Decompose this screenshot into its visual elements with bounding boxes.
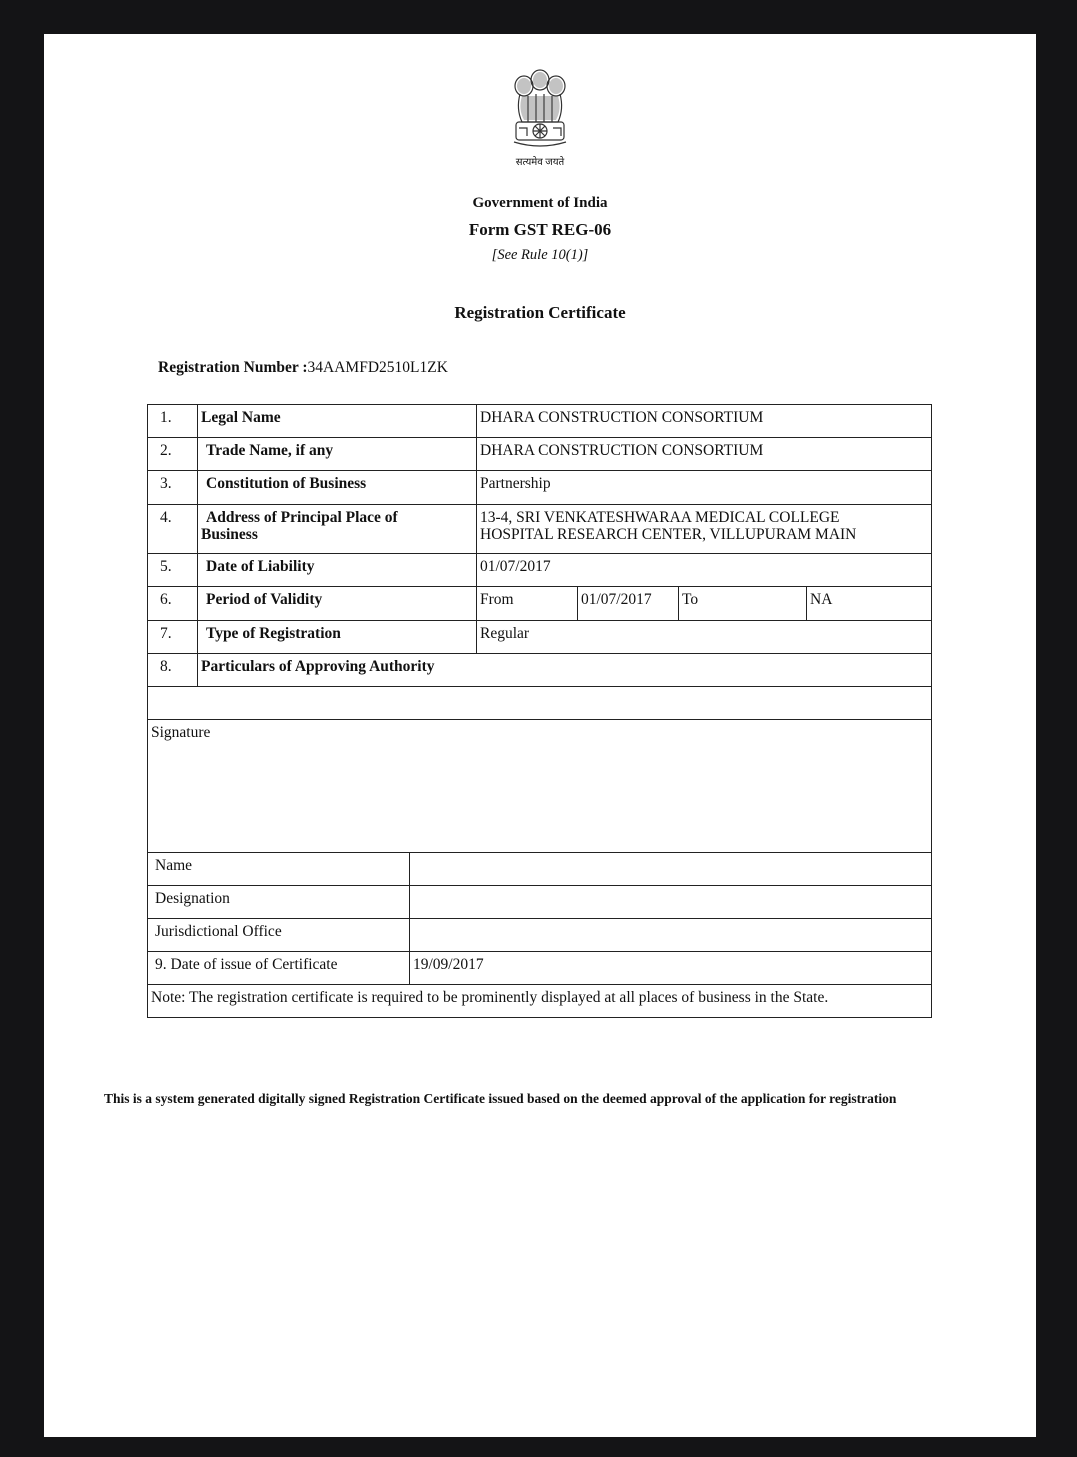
address-value: 13-4, SRI VENKATESHWARAA MEDICAL COLLEGE… [476, 504, 932, 554]
constitution-value: Partnership [476, 470, 932, 505]
authority-designation-value [409, 885, 932, 919]
registration-number-value: 34AAMFD2510L1ZK [308, 359, 448, 376]
approving-authority-label: Particulars of Approving Authority [197, 653, 932, 687]
signature-box: Signature [147, 719, 932, 853]
address-label-line1: Address of Principal Place of [201, 509, 473, 526]
date-of-liability-value: 01/07/2017 [476, 553, 932, 587]
row-number: 2. [147, 437, 198, 471]
type-of-registration-value: Regular [476, 620, 932, 654]
type-of-registration-label: Type of Registration [197, 620, 477, 654]
page-title: Registration Certificate [44, 303, 1036, 323]
address-value-line1: 13-4, SRI VENKATESHWARAA MEDICAL COLLEGE [480, 509, 928, 526]
row-number: 1. [147, 404, 198, 438]
rule-reference: [See Rule 10(1)] [44, 247, 1036, 264]
constitution-label: Constitution of Business [197, 470, 477, 505]
row-number: 8. [147, 653, 198, 687]
row-number: 7. [147, 620, 198, 654]
form-heading: Form GST REG-06 [44, 220, 1036, 240]
row-number: 4. [147, 504, 198, 554]
date-of-issue-label: 9. Date of issue of Certificate [147, 951, 410, 985]
row-number: 6. [147, 586, 198, 621]
national-emblem-icon [506, 64, 574, 156]
emblem-motto: सत्यमेव जयते [44, 154, 1036, 168]
registration-number-label: Registration Number : [158, 359, 308, 376]
address-label-line2: Business [201, 526, 473, 543]
row-number: 3. [147, 470, 198, 505]
system-generated-note: This is a system generated digitally sig… [104, 1088, 924, 1110]
authority-designation-label: Designation [147, 885, 410, 919]
legal-name-value: DHARA CONSTRUCTION CONSORTIUM [476, 404, 932, 438]
validity-to-value: NA [806, 586, 932, 621]
validity-from-label: From [476, 586, 578, 621]
government-heading: Government of India [44, 195, 1036, 212]
trade-name-label: Trade Name, if any [197, 437, 477, 471]
empty-row [147, 686, 932, 720]
address-value-line2: HOSPITAL RESEARCH CENTER, VILLUPURAM MAI… [480, 526, 928, 543]
row-number: 5. [147, 553, 198, 587]
certificate-page: सत्यमेव जयते Government of India Form GS… [44, 34, 1036, 1437]
authority-name-label: Name [147, 852, 410, 886]
validity-to-label: To [678, 586, 807, 621]
jurisdictional-office-label: Jurisdictional Office [147, 918, 410, 952]
date-of-liability-label: Date of Liability [197, 553, 477, 587]
authority-name-value [409, 852, 932, 886]
period-of-validity-label: Period of Validity [197, 586, 477, 621]
address-label: Address of Principal Place of Business [197, 504, 477, 554]
date-of-issue-value: 19/09/2017 [409, 951, 932, 985]
registration-number: Registration Number :34AAMFD2510L1ZK [158, 359, 448, 377]
legal-name-label: Legal Name [197, 404, 477, 438]
validity-from-value: 01/07/2017 [577, 586, 679, 621]
trade-name-value: DHARA CONSTRUCTION CONSORTIUM [476, 437, 932, 471]
signature-label: Signature [151, 724, 210, 741]
jurisdictional-office-value [409, 918, 932, 952]
display-note: Note: The registration certificate is re… [147, 984, 932, 1018]
